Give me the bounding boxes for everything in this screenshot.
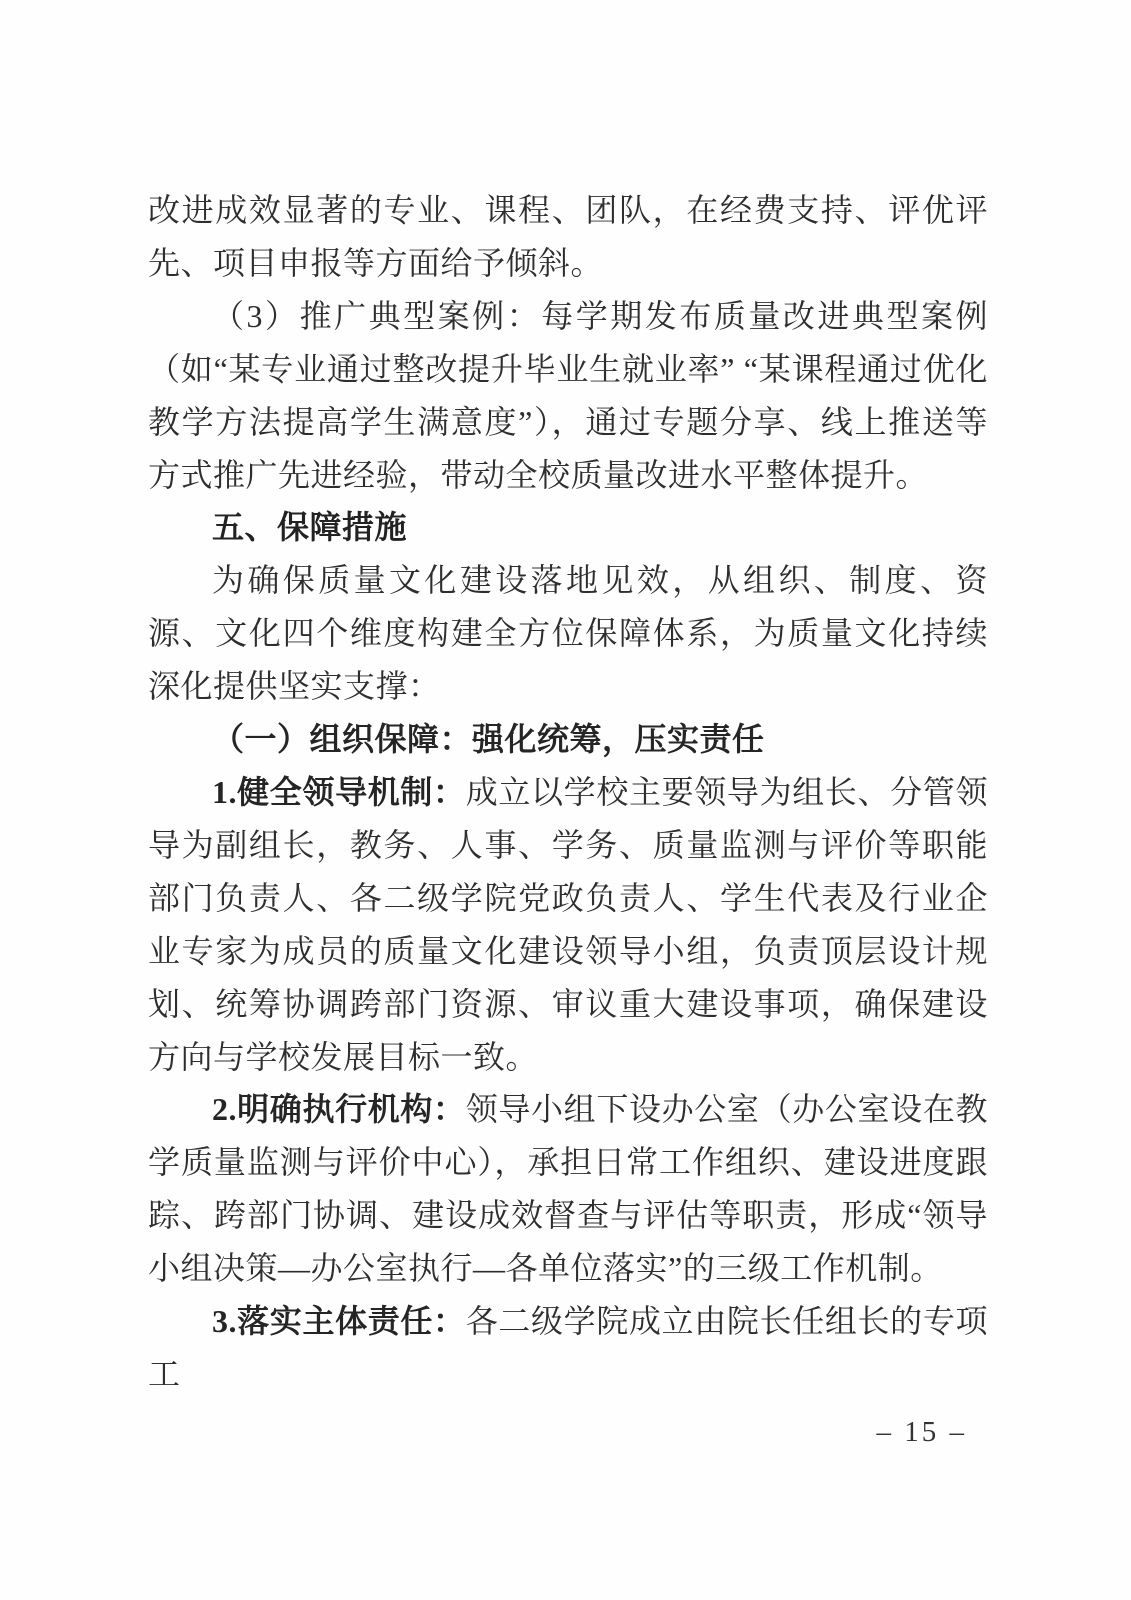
- paragraph-lead-executive-body: 2.明确执行机构：: [212, 1091, 466, 1127]
- document-page: 改进成效显著的专业、课程、团队，在经费支持、评优评先、项目申报等方面给予倾斜。 …: [0, 0, 1131, 1600]
- paragraph-leadership-mechanism: 1.健全领导机制：成立以学校主要领导为组长、分管领导为副组长，教务、人事、学务、…: [148, 766, 988, 1083]
- paragraph-continuation: 改进成效显著的专业、课程、团队，在经费支持、评优评先、项目申报等方面给予倾斜。: [148, 184, 988, 290]
- paragraph-executive-body: 2.明确执行机构：领导小组下设办公室（办公室设在教学质量监测与评价中心），承担日…: [148, 1083, 988, 1295]
- subsection-heading-organizational-guarantee: （一）组织保障：强化统筹，压实责任: [148, 713, 988, 766]
- page-number: – 15 –: [877, 1416, 968, 1449]
- paragraph-lead-main-responsibility: 3.落实主体责任：: [212, 1303, 466, 1339]
- paragraph-promote-cases: （3）推广典型案例：每学期发布质量改进典型案例（如“某专业通过整改提升毕业生就业…: [148, 290, 988, 502]
- paragraph-lead-leadership-mechanism: 1.健全领导机制：: [212, 774, 466, 810]
- paragraph-safeguard-intro: 为确保质量文化建设落地见效，从组织、制度、资源、文化四个维度构建全方位保障体系，…: [148, 554, 988, 713]
- section-heading-safeguard-measures: 五、保障措施: [148, 501, 988, 554]
- document-body: 改进成效显著的专业、课程、团队，在经费支持、评优评先、项目申报等方面给予倾斜。 …: [148, 184, 988, 1401]
- paragraph-main-responsibility: 3.落实主体责任：各二级学院成立由院长任组长的专项工: [148, 1295, 988, 1401]
- paragraph-body-leadership-mechanism: 成立以学校主要领导为组长、分管领导为副组长，教务、人事、学务、质量监测与评价等职…: [148, 774, 988, 1075]
